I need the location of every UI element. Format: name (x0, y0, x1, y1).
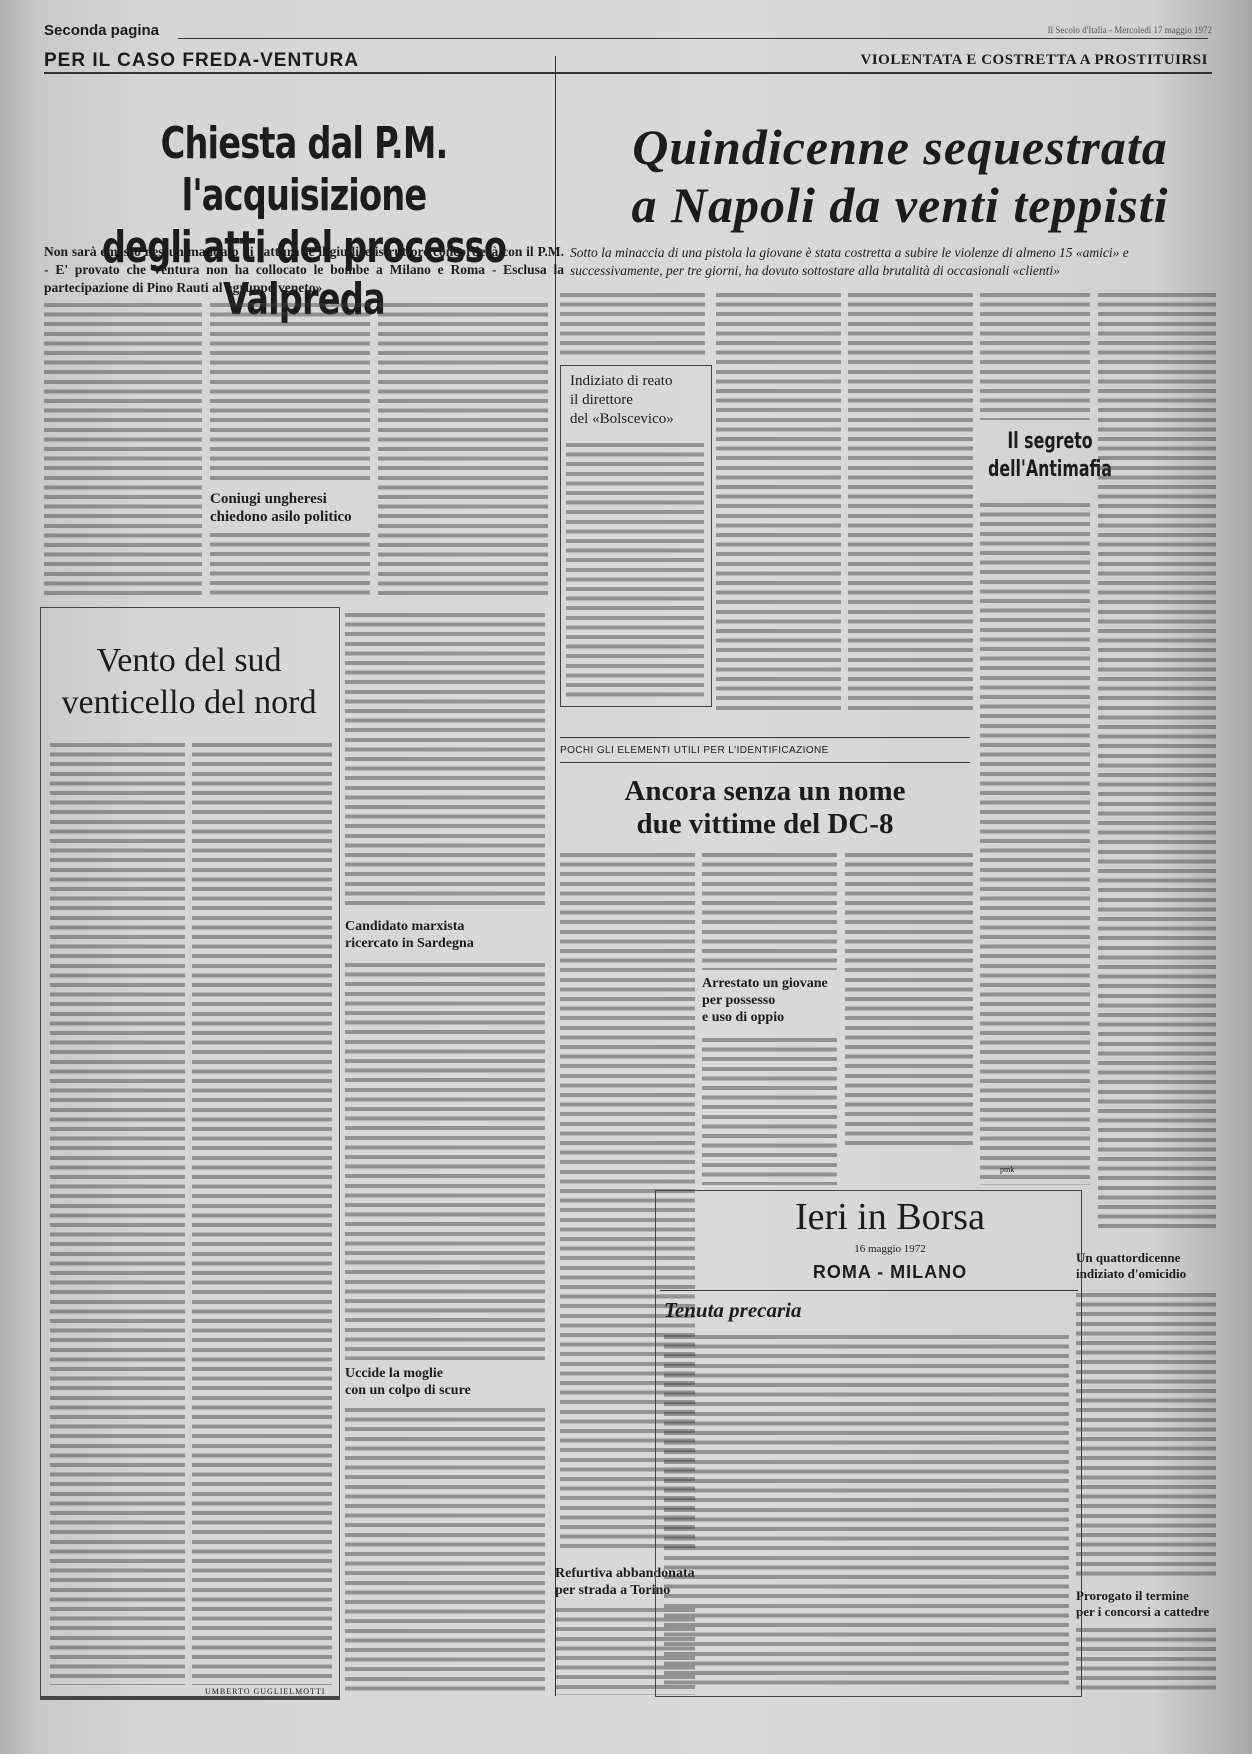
headline-line: Candidato marxista (345, 918, 474, 935)
article-body (210, 530, 370, 600)
article-body (1076, 1625, 1216, 1695)
article-body (845, 850, 973, 1150)
headline-line: Ancora senza un nome (560, 775, 970, 808)
rule (560, 762, 970, 763)
section-label: Seconda pagina (44, 22, 159, 39)
lead-right-deck: Sotto la minaccia di una pistola la giov… (570, 244, 1220, 280)
rule (560, 737, 970, 738)
article-body (716, 290, 841, 710)
article-body (566, 440, 704, 700)
article-body (50, 740, 185, 1685)
lead-right-kicker: VIOLENTATA E COSTRETTA A PROSTITUIRSI (861, 52, 1209, 69)
headline-line: Quindicenne sequestrata (580, 118, 1220, 176)
kicker-rule (44, 72, 1212, 74)
article-body (560, 290, 705, 360)
headline-line: Vento del sud (40, 640, 338, 682)
article-body (980, 500, 1090, 1185)
newspaper-page: Seconda pagina Il Secolo d'Italia - Merc… (0, 0, 1252, 1754)
quattordicenne-headline: Un quattordicenne indiziato d'omicidio (1076, 1250, 1186, 1282)
article-body (210, 300, 370, 485)
article-body (1098, 290, 1216, 1230)
lead-left-deck: Non sarà emesso nessun mandato di cattur… (44, 243, 564, 297)
lead-right-headline: Quindicenne sequestrata a Napoli da vent… (580, 118, 1220, 234)
lead-left-kicker: PER IL CASO FREDA-VENTURA (44, 50, 359, 72)
headline-line: per possesso (702, 992, 828, 1009)
prorogato-headline: Prorogato il termine per i concorsi a ca… (1076, 1588, 1209, 1620)
headline-line: per i concorsi a cattedre (1076, 1604, 1209, 1620)
masthead-rule (178, 38, 1208, 39)
candidato-headline: Candidato marxista ricercato in Sardegna (345, 918, 474, 952)
headline-line: a Napoli da venti teppisti (580, 176, 1220, 234)
headline-line: e uso di oppio (702, 1009, 828, 1026)
article-body (345, 610, 545, 910)
headline-line: venticello del nord (40, 682, 338, 724)
rule (660, 1290, 1078, 1291)
vento-signature: UMBERTO GUGLIELMOTTI (205, 1687, 325, 1696)
article-body (1076, 1290, 1216, 1580)
vento-headline: Vento del sud venticello del nord (40, 640, 338, 724)
article-body (702, 850, 837, 970)
article-body (848, 290, 973, 710)
article-body (980, 290, 1090, 420)
headline-line: ricercato in Sardegna (345, 935, 474, 952)
headline-line: Prorogato il termine (1076, 1588, 1209, 1604)
headline-line: indiziato d'omicidio (1076, 1266, 1186, 1282)
borsa-subhead: Tenuta precaria (664, 1298, 801, 1323)
dc8-headline: Ancora senza un nome due vittime del DC-… (560, 775, 970, 841)
headline-line: con un colpo di scure (345, 1382, 471, 1399)
uccide-headline: Uccide la moglie con un colpo di scure (345, 1365, 471, 1399)
headline-line: Uccide la moglie (345, 1365, 471, 1382)
dc8-kicker: POCHI GLI ELEMENTI UTILI PER L'IDENTIFIC… (560, 745, 829, 756)
article-body (664, 1332, 1069, 1687)
headline-line: Arrestato un giovane (702, 975, 828, 992)
article-body (702, 1035, 837, 1185)
headline-line: Un quattordicenne (1076, 1250, 1186, 1266)
headline-line: due vittime del DC-8 (560, 808, 970, 841)
borsa-date: 16 maggio 1972 (700, 1243, 1080, 1255)
headline-line: Chiesta dal P.M. l'acquisizione (83, 118, 525, 222)
headline-line: Coniugi ungheresi (210, 490, 352, 508)
article-body (378, 300, 548, 600)
column-divider (555, 56, 556, 1696)
article-body (345, 960, 545, 1360)
dateline: Il Secolo d'Italia - Mercoledì 17 maggio… (1048, 25, 1212, 35)
borsa-cities: ROMA - MILANO (700, 1262, 1080, 1283)
headline-line: chiedono asilo politico (210, 508, 352, 526)
article-body (345, 1405, 545, 1695)
arrestato-headline: Arrestato un giovane per possesso e uso … (702, 975, 828, 1026)
coniugi-headline: Coniugi ungheresi chiedono asilo politic… (210, 490, 352, 526)
article-body (192, 740, 332, 1685)
borsa-title: Ieri in Borsa (700, 1195, 1080, 1239)
arrestato-signature: pmk (1000, 1165, 1014, 1174)
article-body (44, 300, 202, 600)
